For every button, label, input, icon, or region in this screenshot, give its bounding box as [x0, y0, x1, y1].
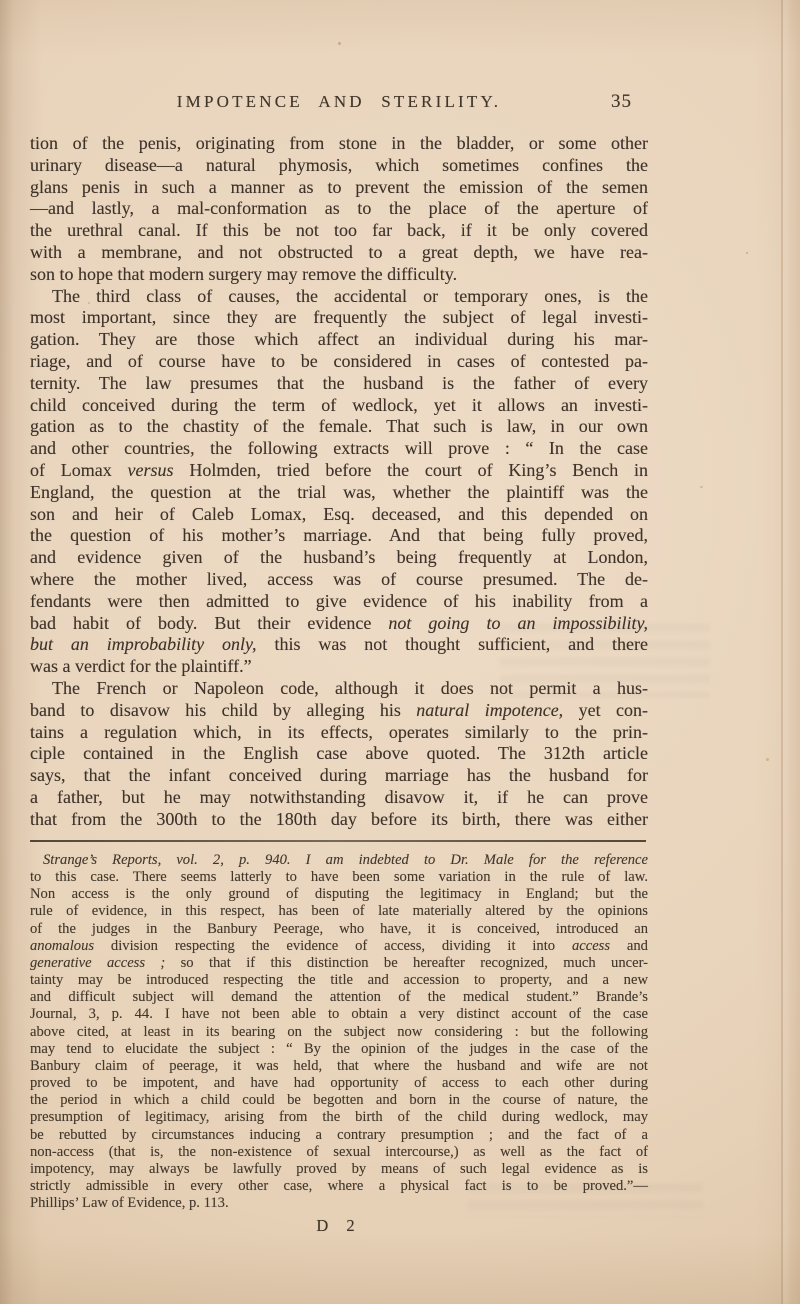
text-line: son and heir of Caleb Lomax, Esq. deceas…: [30, 504, 648, 526]
text-line: ternity. The law presumes that the husba…: [30, 373, 648, 395]
signature-mark: D 2: [30, 1216, 648, 1236]
text-line: impotency, may always be lawfully proved…: [30, 1161, 648, 1178]
text-line: strictly admissible in every other case,…: [30, 1178, 648, 1195]
footnote-rule: [30, 840, 646, 842]
text-line: —and lastly, a mal-conformation as to th…: [30, 198, 648, 220]
text-line: anomalous division respecting the eviden…: [30, 938, 648, 955]
text-line: proved to be impotent, and have had oppo…: [30, 1075, 648, 1092]
text-line: child conceived during the term of wedlo…: [30, 395, 648, 417]
text-line: Strange’s Reports, vol. 2, p. 940. I am …: [30, 852, 648, 869]
text-line: non-access (that is, the non-existence o…: [30, 1144, 648, 1161]
text-line: of Lomax versus Holmden, tried before th…: [30, 460, 648, 482]
text-line: The third class of causes, the accidenta…: [30, 286, 648, 308]
foxing-spot: [746, 252, 748, 254]
text-line: says, that the infant conceived during m…: [30, 765, 648, 787]
text-line: above cited, at least in its bearing on …: [30, 1024, 648, 1041]
footnote-separator: [30, 840, 648, 842]
text-line: Journal, 3, p. 44. I have not been able …: [30, 1006, 648, 1023]
text-line: and other countries, the following extra…: [30, 438, 648, 460]
paragraph: tion of the penis, originating from ston…: [30, 133, 648, 286]
text-line: to this case. There seems latterly to ha…: [30, 869, 648, 886]
text-line: tainty may be introduced respecting the …: [30, 972, 648, 989]
paragraph: The French or Napoleon code, although it…: [30, 678, 648, 831]
text-line: the period in which a child could be beg…: [30, 1092, 648, 1109]
text-line: son to hope that modern surgery may remo…: [30, 264, 648, 286]
page-edge-crease: [781, 0, 783, 1304]
text-line: but an improbability only, this was not …: [30, 634, 648, 656]
text-line: and difficult subject will demand the at…: [30, 989, 648, 1006]
text-line: urinary disease—a natural phymosis, whic…: [30, 155, 648, 177]
text-line: with a membrane, and not obstructed to a…: [30, 242, 648, 264]
text-line: The French or Napoleon code, although it…: [30, 678, 648, 700]
text-line: be rebutted by circumstances inducing a …: [30, 1127, 648, 1144]
text-line: was a verdict for the plaintiff.”: [30, 656, 648, 678]
text-line: generative access ; so that if this dist…: [30, 955, 648, 972]
text-line: band to disavow his child by alleging hi…: [30, 700, 648, 722]
text-line: may tend to elucidate the subject : “ By…: [30, 1041, 648, 1058]
text-line: rule of evidence, in this respect, has b…: [30, 903, 648, 920]
page-number: 35: [611, 91, 632, 113]
text-line: tion of the penis, originating from ston…: [30, 133, 648, 155]
text-line: and evidence given of the husband’s bein…: [30, 547, 648, 569]
text-line: most important, since they are frequentl…: [30, 307, 648, 329]
foxing-spot: [766, 758, 769, 761]
text-line: the question of his mother’s marriage. A…: [30, 525, 648, 547]
text-line: where the mother lived, access was of co…: [30, 569, 648, 591]
text-line: Banbury claim of peerage, it was held, t…: [30, 1058, 648, 1075]
paragraph: Strange’s Reports, vol. 2, p. 940. I am …: [30, 852, 648, 1212]
body-text: tion of the penis, originating from ston…: [30, 133, 648, 831]
text-line: Non access is the only ground of disputi…: [30, 886, 648, 903]
text-line: ciple contained in the English case abov…: [30, 743, 648, 765]
text-line: tains a regulation which, in its effects…: [30, 722, 648, 744]
text-line: the urethral canal. If this be not too f…: [30, 220, 648, 242]
text-line: presumption of legitimacy, arising from …: [30, 1109, 648, 1126]
footnote-text: Strange’s Reports, vol. 2, p. 940. I am …: [30, 852, 648, 1212]
book-page: IMPOTENCE AND STERILITY. 35 tion of the …: [0, 0, 800, 1304]
paragraph: The third class of causes, the accidenta…: [30, 286, 648, 678]
text-line: Phillips’ Law of Evidence, p. 113.: [30, 1195, 648, 1212]
text-line: gation. They are those which affect an i…: [30, 329, 648, 351]
text-line: of the judges in the Banbury Peerage, wh…: [30, 921, 648, 938]
text-line: riage, and of course have to be consider…: [30, 351, 648, 373]
running-head: IMPOTENCE AND STERILITY. 35: [30, 92, 648, 118]
foxing-spot: [700, 486, 703, 488]
text-line: glans penis in such a manner as to preve…: [30, 177, 648, 199]
foxing-spot: [338, 42, 341, 45]
text-line: fendants were then admitted to give evid…: [30, 591, 648, 613]
text-line: gation as to the chastity of the female.…: [30, 416, 648, 438]
text-line: that from the 300th to the 180th day bef…: [30, 809, 648, 831]
text-line: England, the question at the trial was, …: [30, 482, 648, 504]
text-line: bad habit of body. But their evidence no…: [30, 613, 648, 635]
text-line: a father, but he may notwithstanding dis…: [30, 787, 648, 809]
page-title: IMPOTENCE AND STERILITY.: [30, 92, 648, 112]
